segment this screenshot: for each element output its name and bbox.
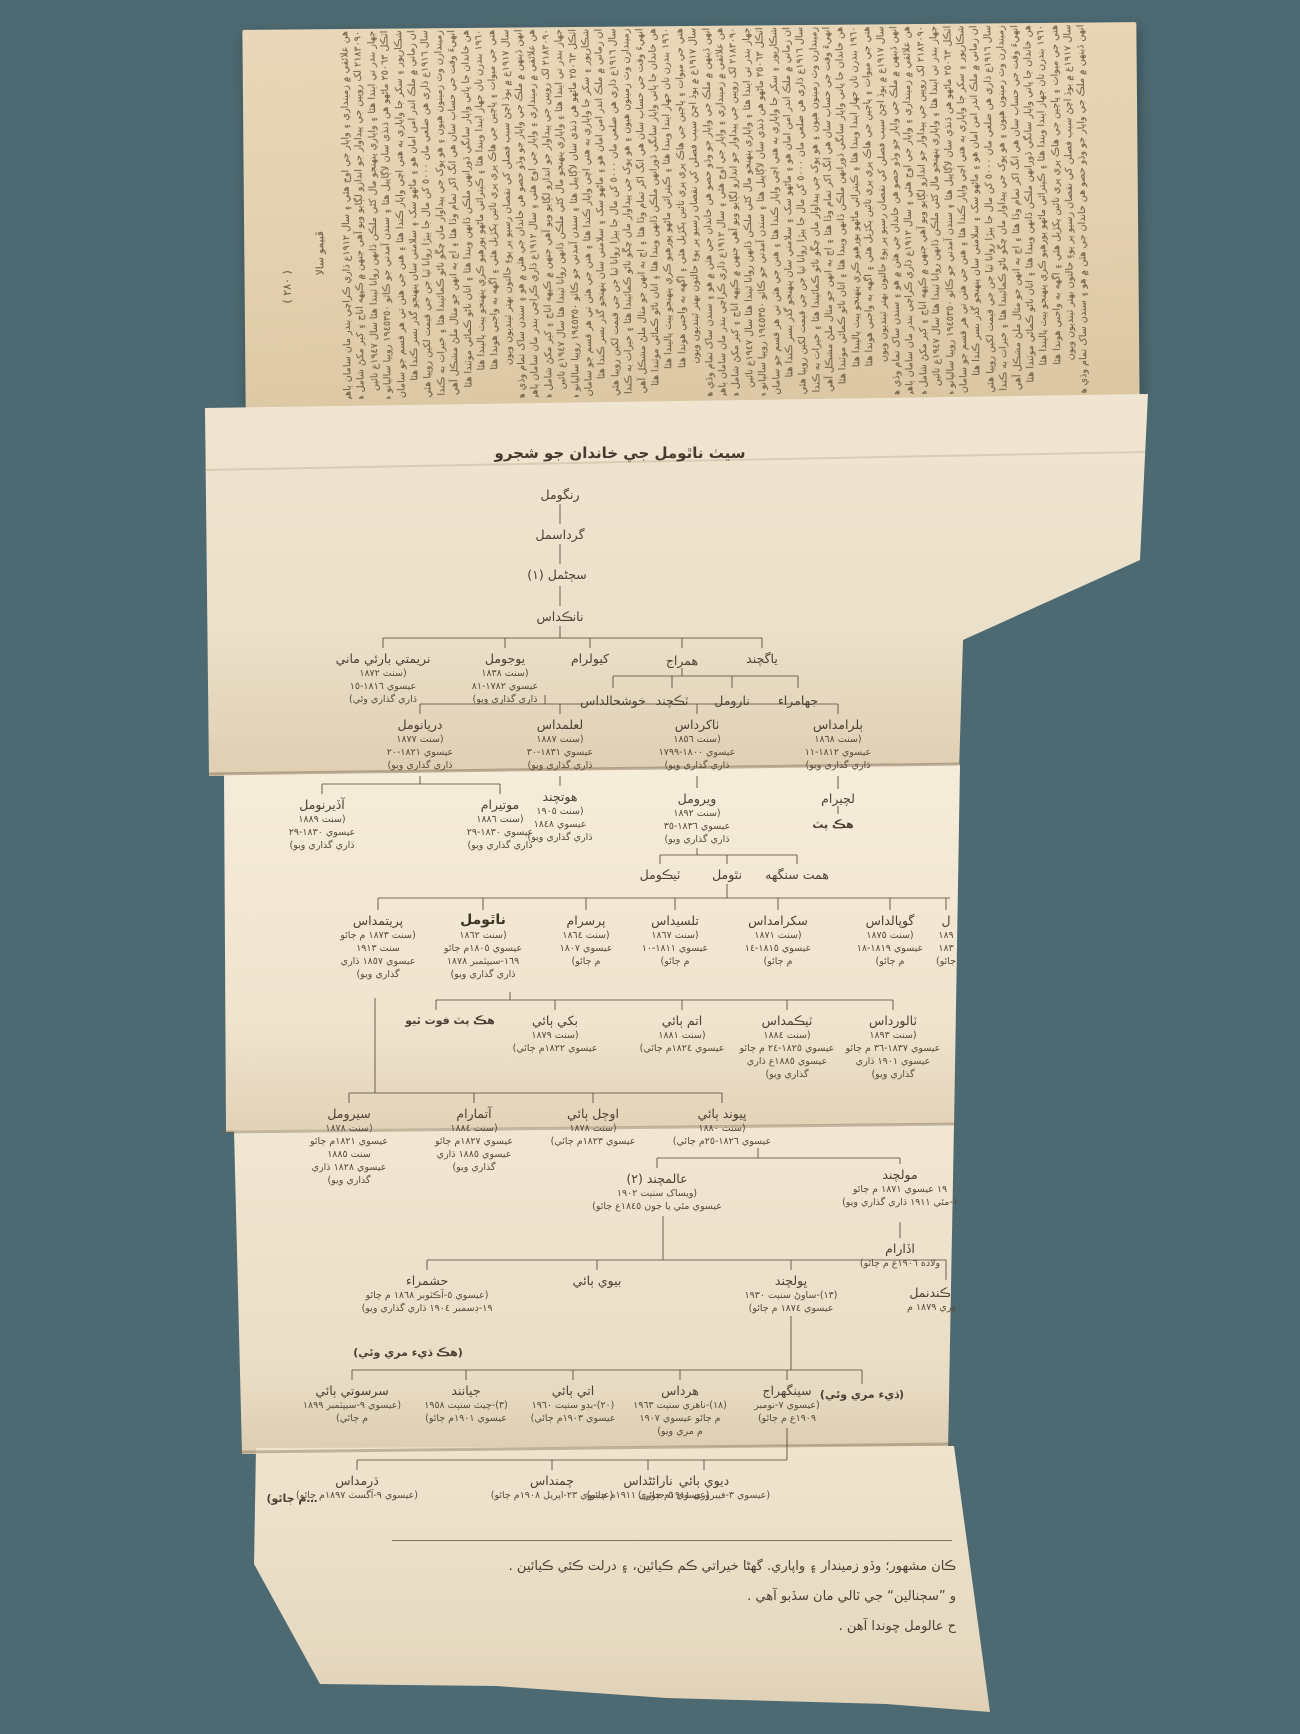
tree-node-annotation: ١٦٩-سيپٽمبر ١٨٧٨: [444, 955, 522, 968]
tree-node-atmaram: آتمارام(سنت ١٨٨٤عيسوي ١٨٢٧م ڄائوعيسوي ١٨…: [435, 1105, 513, 1174]
tree-node-label: …م ڄائو): [266, 1490, 317, 1507]
photo-of-folded-genealogy-document: ( ٢٨٠ ) ڦبيمو سالا هن علائقي ۾ زمينداري …: [0, 0, 1300, 1734]
tree-node-lalamdas: لعلمداس(سنت ١٨٨٧عيسوي ١٨٣١-٣٠ڌاري گذاري …: [527, 716, 593, 772]
tree-node-viromal: ويرومل(سنت ١٨٩٢عيسوي ١٨٣٦-٣٥ڌاري گذاري و…: [664, 790, 730, 846]
tree-node-bivi-bai: بيوي ٻائي: [573, 1272, 622, 1289]
tree-node-sarsoti-bai: سرسوتي ٻائي(عيسوي ٩-سيپٽمبر ١٨٩٩م ڄائي): [303, 1382, 401, 1425]
footer-note-line: ح عالومل چوندا آهن .: [250, 1612, 956, 1642]
tree-node-label: اتي ٻائي: [531, 1382, 616, 1399]
tree-node-label: ٽيڪومل: [640, 866, 681, 883]
tree-node-annotation: ڌاري گذاري ويو): [528, 831, 593, 844]
tree-node-annotation: عيسوي ١٨٢٣م ڄائي): [551, 1135, 636, 1148]
tree-node-annotation: (سنت ١٨٦٨: [805, 733, 871, 746]
tree-node-annotation: ١٨٩: [933, 929, 959, 942]
tree-node-label: نٿومل: [712, 866, 742, 883]
tree-node-label: سرسوتي ٻائي: [303, 1382, 401, 1399]
tree-node-annotation: عيسوي ١٨٣٧-٣٦ م ڄائو: [846, 1042, 941, 1055]
tree-node-label: سينگهراج: [754, 1382, 819, 1399]
tree-node-edge-cut-name: ل١٨٩١٨٣ڄائو): [933, 912, 959, 968]
tree-node-label: سڄڻمل (١): [527, 566, 586, 583]
tree-node-annotation: عيسوي ١٨٢٥-٢٤ م ڄائو: [740, 1042, 835, 1055]
tree-node-annotation: ڌاري گذاري ويو): [527, 759, 593, 772]
tree-node-annotation: عيسوي ١٨٢٦-٢٥م ڄائي): [673, 1135, 771, 1148]
tree-node-annotation: ڌاري گذاري ويو): [664, 833, 730, 846]
tree-node-label: پرسرام: [560, 912, 613, 929]
tree-node-bholchand: ڀولچند(١٣)-ساوڻ سنٻت ١٩٣٠عيسوي ١٨٧٤ م ڄا…: [745, 1272, 838, 1315]
tree-node-bakhi-bai: بکي ٻائي(سنت ١٨٧٩عيسوي ١٨٢٢م ڄائي): [513, 1012, 598, 1055]
tree-node-iti-bai: اتي ٻائي(٢٠)-بڊو سنٻت ١٩٦٠عيسوي ١٩٠٣م ڄا…: [531, 1382, 616, 1425]
tree-node-chamandas: چمنداس(عيسوي ٢٣-اپريل ١٩٠٨م ڄائو): [491, 1472, 613, 1502]
tree-node-sajanmal: سڄڻمل (١): [527, 566, 586, 583]
tree-node-annotation: (عيسوي ٩-سيپٽمبر ١٨٩٩: [303, 1399, 401, 1412]
footer-divider-rule: [392, 1540, 952, 1541]
tree-node-label: هوتچند: [528, 788, 593, 805]
tree-node-parsram: پرسرام(سنت ١٨٦٤عيسوي ١٨٠٧م ڄائو): [560, 912, 613, 968]
tree-node-annotation: عيسوي ١٨٨٥ ڌاري: [435, 1148, 513, 1161]
tree-node-annotation: (سنت ١٨٧٧: [387, 733, 453, 746]
tree-node-jianand: جيانند(٣)-چيٽ سنٻت ١٩٥٨عيسوي ١٩٠١م ڄائو): [424, 1382, 508, 1425]
tree-node-annotation: (سنت ١٨٨٩: [289, 813, 355, 826]
tree-node-annotation: (عيسوي ٢٣-اپريل ١٩٠٨م ڄائو): [491, 1489, 613, 1502]
tree-node-label: عالمچند (٢): [592, 1170, 722, 1187]
tree-node-annotation: (سنت ١٨٨٠: [673, 1122, 771, 1135]
tree-node-annotation: گذاري ويو): [435, 1161, 513, 1174]
tree-node-annotation: ڌاري گذاري ويو): [444, 968, 522, 981]
tree-node-label: خوشحالداس: [580, 692, 646, 709]
tree-node-note-daughter-died-2: (هڪ ڌيء مري وئي): [353, 1344, 463, 1361]
tree-node-annotation: م ڄائو): [560, 955, 613, 968]
tree-node-annotation: عيسوي ١٨٢١م ڄائو: [310, 1135, 388, 1148]
tree-node-annotation: عيسوي ١٨٢٨ ڌاري: [310, 1161, 388, 1174]
tree-node-annotation: (١٨)-ناهري سنٻت ١٩٦٣: [633, 1399, 727, 1412]
tree-node-label: ٽڪچند: [656, 692, 689, 709]
tree-node-annotation: م ڄائو عيسوي ١٩٠٧: [633, 1412, 727, 1425]
tree-node-nirimati-barai-mani: نريمتي بارئي ماني(سنت ١٨٧٢عيسوي ١٨١٦-١٥ڌ…: [336, 650, 431, 706]
tree-node-annotation: عيسوي ١٧٨٢-٨١: [472, 680, 538, 693]
tree-node-label: اتم ٻائي: [640, 1012, 725, 1029]
tree-node-label: ٽيڪمداس: [740, 1012, 835, 1029]
tree-node-label: (ڌيء مري وئي): [820, 1386, 904, 1403]
tree-node-label: لچيرام: [821, 790, 855, 807]
tree-node-label: سکرامداس: [745, 912, 811, 929]
tree-node-annotation: (سنت ١٨٩٢: [664, 807, 730, 820]
tree-node-label: سيرومل: [310, 1105, 388, 1122]
tree-node-hardas: هرداس(١٨)-ناهري سنٻت ١٩٦٣م ڄائو عيسوي ١٩…: [633, 1382, 727, 1438]
tree-node-annotation: (سنت ١٨٨٤: [740, 1029, 835, 1042]
tree-node-left-cut-fragment: …م ڄائو): [266, 1490, 317, 1507]
tree-node-label: همت سنگهه: [765, 866, 829, 883]
tree-node-siromal: سيرومل(سنت ١٨٧٨عيسوي ١٨٢١م ڄائوسنت ١٨٨٥ع…: [310, 1105, 388, 1187]
tree-node-annotation: عيسوي مئي يا جون ١٨٤٥ع ڄائو): [592, 1200, 722, 1213]
tree-node-label: همراج: [666, 652, 698, 669]
tree-node-label: پريتمداس: [340, 912, 416, 929]
tree-node-label: ڪندنمل: [904, 1284, 956, 1301]
tree-node-annotation: ڄائو): [933, 955, 959, 968]
tree-node-annotation: (سنت ١٨٩٣: [846, 1029, 941, 1042]
tree-node-annotation: عيسوي ١٨٨٥ع ڌاري: [740, 1055, 835, 1068]
tree-node-label: ٺاکرداس: [659, 716, 736, 733]
tree-node-hotchand: هوتچند(سنت ١٩٠٥عيسوي ١٨٤٨ڌاري گذاري ويو): [528, 788, 593, 844]
tree-node-annotation: م ڄائو): [857, 955, 923, 968]
tree-node-label: ٻلرامداس: [805, 716, 871, 733]
tree-node-annotation: عيسوي ١٨٥٧ ڌاري: [340, 955, 416, 968]
tree-node-khushhaldas: خوشحالداس: [580, 692, 646, 709]
tree-nodes-layer: سيٺ ناٿومل جي خاندان جو شجرو ڪان مشهور؛ …: [0, 0, 1300, 1734]
tree-node-annotation: (عيسوي ٧-نومبر: [754, 1399, 819, 1412]
tree-node-atam-bai: اتم ٻائي(سنت ١٨٨١عيسوي ١٨٢٤م ڄائي): [640, 1012, 725, 1055]
tree-node-annotation: عيسوي ١٨١٩-١٨: [857, 942, 923, 955]
footer-notes: ڪان مشهور؛ وڏو زميندار ۽ واپاري. گهڻا خي…: [250, 1552, 956, 1642]
tree-node-label: ويرومل: [664, 790, 730, 807]
tree-node-label: اڏارام: [841, 1240, 959, 1257]
tree-node-jhamrai: جهامراء: [778, 692, 818, 709]
tree-node-label: هرداس: [633, 1382, 727, 1399]
tree-node-annotation: (سنت ١٨٣٨: [472, 667, 538, 680]
tree-node-hemraj: همراج: [666, 652, 698, 669]
tree-node-alimchand: عالمچند (٢)(ويساک سنٻت ١٩٠٢عيسوي مئي يا …: [592, 1170, 722, 1213]
tree-node-annotation: (سنت ١٨٧٥: [857, 929, 923, 942]
tree-title: سيٺ ناٿومل جي خاندان جو شجرو: [410, 444, 830, 462]
tree-node-label: (هڪ ڌيء مري وئي): [353, 1344, 463, 1361]
tree-node-label: ڀيوند ٻائي: [673, 1105, 771, 1122]
tree-node-annotation: (سنت ١٨٦٧: [642, 929, 708, 942]
tree-node-annotation: گذاري ويو): [340, 968, 416, 981]
tree-node-pritamdas: پريتمداس(سنت ١٨٧٣ م ڄائوسنت ١٩١٣عيسوي ١٨…: [340, 912, 416, 981]
tree-node-label: هڪ پٽ: [812, 816, 853, 833]
tree-node-label: يوجومل: [472, 650, 538, 667]
tree-node-annotation: (سنت ١٨٧٨: [551, 1122, 636, 1135]
tree-node-kewalram: کيولرام: [571, 650, 609, 667]
tree-node-label: ڌرمداس: [296, 1472, 418, 1489]
tree-node-label: جهامراء: [778, 692, 818, 709]
tree-node-annotation: ١٨٣: [933, 942, 959, 955]
tree-node-annotation: سنت ١٨٨٥: [310, 1148, 388, 1161]
tree-node-thakurdas: ٺاکرداس(سنت ١٨٥٦عيسوي ١٨٠٠-١٧٩٩ڌاري گذار…: [659, 716, 736, 772]
tree-node-annotation: ١٩٠٩ع م ڄائو): [754, 1412, 819, 1425]
tree-node-annotation: (سنت ١٨٨٧: [527, 733, 593, 746]
tree-node-adironomal: آڏيرنومل(سنت ١٨٨٩عيسوي ١٨٣٠-٢٩ڌاري گذاري…: [289, 796, 355, 852]
tree-node-label: نارومل: [714, 692, 750, 709]
tree-node-talordas: ٽالورداس(سنت ١٨٩٣عيسوي ١٨٣٧-٣٦ م ڄائوعيس…: [846, 1012, 941, 1081]
tree-node-annotation: عيسوي ١٩٠١ ڌاري: [846, 1055, 941, 1068]
tree-node-annotation: (٣)-چيٽ سنٻت ١٩٥٨: [424, 1399, 508, 1412]
tree-node-annotation: (سنت ١٨٧٨: [310, 1122, 388, 1135]
tree-node-annotation: عيسوي ١٨٧٤ م ڄائو): [745, 1302, 838, 1315]
tree-node-label: مولچند: [841, 1166, 959, 1183]
tree-node-annotation: (سنت ١٨٨٤: [435, 1122, 513, 1135]
footer-note-line: ڪان مشهور؛ وڏو زميندار ۽ واپاري. گهڻا خي…: [250, 1552, 956, 1582]
tree-node-label: آڏيرنومل: [289, 796, 355, 813]
tree-node-note-one-son: هڪ پٽ: [812, 816, 853, 833]
tree-node-annotation: عيسوي ١٨٤٨: [528, 818, 593, 831]
footer-note-line: و ”سڄنالين“ جي ٽالي مان سڏبو آهي .: [250, 1582, 956, 1612]
tree-node-annotation: (١٣)-ساوڻ سنٻت ١٩٣٠: [745, 1289, 838, 1302]
tree-node-annotation: عيسوي ١٨١٢-١١: [805, 746, 871, 759]
tree-node-tulsidas: تلسيداس(سنت ١٨٦٧عيسوي ١٨١١-١٠م ڄائو): [642, 912, 708, 968]
tree-node-annotation: عيسوي ١٨٢٤م ڄائي): [640, 1042, 725, 1055]
tree-node-tikamdas: ٽيڪمداس(سنت ١٨٨٤عيسوي ١٨٢٥-٢٤ م ڄائوعيسو…: [740, 1012, 835, 1081]
tree-node-annotation: ڌاري گذاري وئي): [336, 693, 431, 706]
tree-node-label: گرداسمل: [535, 526, 584, 543]
tree-node-annotation: (سنت ١٨٧٢: [336, 667, 431, 680]
tree-node-annotation: عيسوي ١٨٢٧م ڄائو: [435, 1135, 513, 1148]
tree-node-pohumal: يوجومل(سنت ١٨٣٨عيسوي ١٧٨٢-٨١ڌاري گذاري و…: [472, 650, 538, 706]
tree-node-label: تلسيداس: [642, 912, 708, 929]
tree-node-annotation: (سنت ١٨٧٣ م ڄائو: [340, 929, 416, 942]
tree-node-daryanomal: دريانومل(سنت ١٨٧٧عيسوي ١٨٢١-٢٠ڌاري گذاري…: [387, 716, 453, 772]
tree-node-tikomal: ٽيڪومل: [640, 866, 681, 883]
tree-node-singhraj: سينگهراج(عيسوي ٧-نومبر١٩٠٩ع م ڄائو): [754, 1382, 819, 1425]
tree-node-annotation: (ويساک سنٻت ١٩٠٢: [592, 1187, 722, 1200]
tree-node-annotation: ڌاري گذاري ويو): [805, 759, 871, 772]
tree-node-label: موتيرام: [467, 796, 533, 813]
tree-node-balramdas: ٻلرامداس(سنت ١٨٦٨عيسوي ١٨١٢-١١ڌاري گذاري…: [805, 716, 871, 772]
tree-node-annotation: وري ١٨٧٩ م ڄائو): [904, 1301, 956, 1314]
tree-node-annotation: گذاري ويو): [310, 1174, 388, 1187]
tree-node-label: اوڄل ٻائي: [551, 1105, 636, 1122]
tree-node-label: هڪ پٽ فوت ٿيو: [405, 1012, 495, 1029]
tree-node-naromal: نارومل: [714, 692, 750, 709]
tree-node-label: چمنداس: [491, 1472, 613, 1489]
tree-node-annotation: (سنت ١٨٧١: [745, 929, 811, 942]
tree-node-annotation: ولاده ١٩٠٦ع م ڄائو): [841, 1257, 959, 1270]
tree-node-label: دريانومل: [387, 716, 453, 733]
tree-node-annotation: گذاري ويو): [740, 1068, 835, 1081]
tree-node-tikchand: ٽڪچند: [656, 692, 689, 709]
tree-node-kundanmal: ڪندنملوري ١٨٧٩ م ڄائو): [904, 1284, 956, 1314]
tree-node-annotation: (سنت ١٨٨١: [640, 1029, 725, 1042]
tree-node-hashmrai: حشمراء(عيسوي ٥-آڪٽوبر ١٨٦٨ م ڄائو١٩-ڊسمب…: [362, 1272, 493, 1315]
tree-node-annotation: م مري ويو): [633, 1425, 727, 1438]
tree-node-label: ياگچند: [746, 650, 778, 667]
tree-node-rangomal: رنگومل: [540, 486, 579, 503]
tree-node-lachiram: لچيرام: [821, 790, 855, 807]
tree-node-annotation: عيسوي ١٨٠٥م ڄائو: [444, 942, 522, 955]
tree-node-annotation: (سنت ١٩٠٥: [528, 805, 593, 818]
tree-node-label: کيولرام: [571, 650, 609, 667]
tree-node-annotation: ڌاري گذاري ويو): [387, 759, 453, 772]
tree-node-ojal-bai: اوڄل ٻائي(سنت ١٨٧٨عيسوي ١٨٢٣م ڄائي): [551, 1105, 636, 1148]
tree-node-annotation: عيسوي ١٨٣٠-٢٩: [289, 826, 355, 839]
tree-node-sukhramdas: سکرامداس(سنت ١٨٧١عيسوي ١٨١٥-١٤م ڄائو): [745, 912, 811, 968]
tree-node-label: ناٿومل: [444, 912, 522, 929]
tree-node-annotation: م ڄائو): [745, 955, 811, 968]
tree-node-motiram: موتيرام(سنت ١٨٨٦عيسوي ١٨٣٠-٢٩ڌاري گذاري …: [467, 796, 533, 852]
tree-node-annotation: عيسوي ١٨١١-١٠: [642, 942, 708, 955]
tree-node-nathomal-senior: نٿومل: [712, 866, 742, 883]
tree-node-annotation: عيسوي ١٨٣٦-٣٥: [664, 820, 730, 833]
tree-node-annotation: ڌاري گذاري ويو): [289, 839, 355, 852]
tree-node-note-daughter-died: (ڌيء مري وئي): [820, 1386, 904, 1403]
tree-node-himat-singh: همت سنگهه: [765, 866, 829, 883]
tree-node-annotation: (سنت ١٨٨٦: [467, 813, 533, 826]
tree-node-annotation: عيسوي ١٨٠٠-١٧٩٩: [659, 746, 736, 759]
tree-node-annotation: عيسوي ١٨٣٠-٢٩: [467, 826, 533, 839]
tree-node-label: جيانند: [424, 1382, 508, 1399]
tree-node-annotation: عيسوي ١٨١٥-١٤: [745, 942, 811, 955]
tree-node-annotation: عيسوي ١٩٠١م ڄائو): [424, 1412, 508, 1425]
tree-node-label: ل: [933, 912, 959, 929]
tree-node-annotation: عيسوي ١٨٢٢م ڄائي): [513, 1042, 598, 1055]
tree-node-annotation: ڌاري گذاري ويو): [659, 759, 736, 772]
tree-node-annotation: ١٩ عيسوي ١٨٧١ م ڄائو: [841, 1183, 959, 1196]
tree-node-gurdasmal: گرداسمل: [535, 526, 584, 543]
tree-node-label: بيوي ٻائي: [573, 1272, 622, 1289]
tree-node-annotation: م ڄائي): [303, 1412, 401, 1425]
tree-node-annotation: عيسوي ١٨١٦-١٥: [336, 680, 431, 693]
tree-node-annotation: عيسوي ١٨٢١-٢٠: [387, 746, 453, 759]
tree-node-label: ٽالورداس: [846, 1012, 941, 1029]
tree-node-adaram: اڏارامولاده ١٩٠٦ع م ڄائو): [841, 1240, 959, 1270]
tree-node-annotation: عيسوي ١٨٠٧: [560, 942, 613, 955]
tree-node-annotation: (سنت ١٨٦٤: [560, 929, 613, 942]
tree-node-label: بکي ٻائي: [513, 1012, 598, 1029]
tree-node-annotation: عيسوي ١٨٣١-٣٠: [527, 746, 593, 759]
tree-node-annotation: سنت ١٩١٣: [340, 942, 416, 955]
tree-node-bhiwand-bai: ڀيوند ٻائي(سنت ١٨٨٠عيسوي ١٨٢٦-٢٥م ڄائي): [673, 1105, 771, 1148]
tree-node-nanakdas: نانڪداس: [537, 608, 584, 625]
tree-node-annotation: ڌاري گذاري ويو): [467, 839, 533, 852]
tree-node-annotation: ١-مئي ١٩١١ ڌاري گذاري ويو): [841, 1196, 959, 1209]
tree-node-label: گوپالداس: [857, 912, 923, 929]
tree-node-label: نريمتي بارئي ماني: [336, 650, 431, 667]
tree-node-label: ڀولچند: [745, 1272, 838, 1289]
tree-node-molchand: مولچند١٩ عيسوي ١٨٧١ م ڄائو١-مئي ١٩١١ ڌار…: [841, 1166, 959, 1209]
tree-node-annotation: ڌاري گذاري ويو): [472, 693, 538, 706]
tree-node-annotation: (سنت ١٨٥٦: [659, 733, 736, 746]
tree-node-label: رنگومل: [540, 486, 579, 503]
tree-node-nathomal: ناٿومل(سنت ١٨٦٢عيسوي ١٨٠٥م ڄائو١٦٩-سيپٽم…: [444, 912, 522, 981]
tree-node-note-son-died: هڪ پٽ فوت ٿيو: [405, 1012, 495, 1029]
tree-node-annotation: م ڄائو): [642, 955, 708, 968]
tree-node-label: آتمارام: [435, 1105, 513, 1122]
tree-node-annotation: (سنت ١٨٦٢: [444, 929, 522, 942]
tree-node-label: نانڪداس: [537, 608, 584, 625]
tree-node-annotation: گذاري ويو): [846, 1068, 941, 1081]
tree-node-annotation: عيسوي ١٩٠٣م ڄائي): [531, 1412, 616, 1425]
tree-node-gopaldas: گوپالداس(سنت ١٨٧٥عيسوي ١٨١٩-١٨م ڄائو): [857, 912, 923, 968]
tree-node-label: لعلمداس: [527, 716, 593, 733]
tree-node-pagchand: ياگچند: [746, 650, 778, 667]
tree-node-label: حشمراء: [362, 1272, 493, 1289]
tree-node-annotation: (٢٠)-بڊو سنٻت ١٩٦٠: [531, 1399, 616, 1412]
tree-node-annotation: ١٩-ڊسمبر ١٩٠٤ ڌاري گذاري ويو): [362, 1302, 493, 1315]
tree-node-annotation: (سنت ١٨٧٩: [513, 1029, 598, 1042]
tree-node-annotation: (عيسوي ٥-آڪٽوبر ١٨٦٨ م ڄائو: [362, 1289, 493, 1302]
